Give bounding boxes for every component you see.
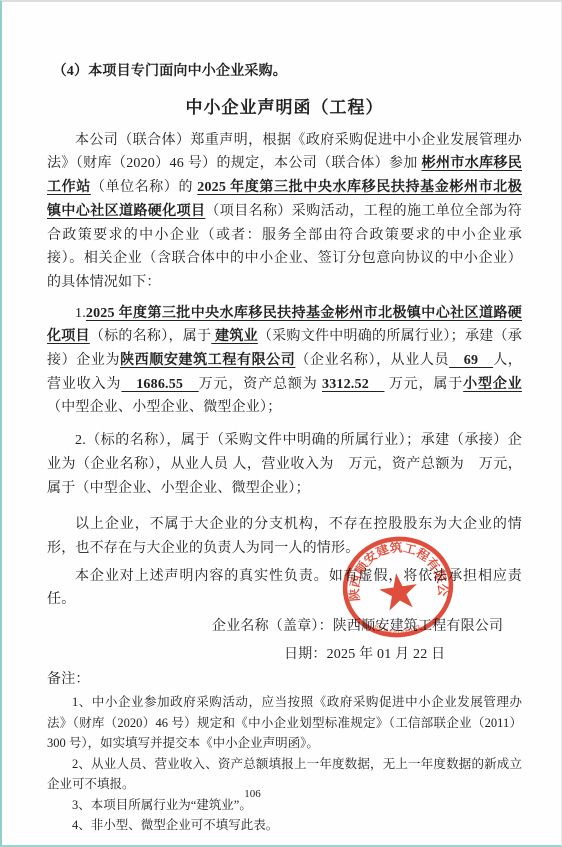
assets-filled: 3312.52 <box>322 377 384 392</box>
document-title: 中小企业声明函（工程） <box>47 95 522 121</box>
size-options-label: （中型企业、小型企业、微型企业）； <box>47 400 281 415</box>
item-2-paragraph: 2.（标的名称），属于（采购文件中明确的所属行业）；承建（承接）企业为（企业名称… <box>47 429 522 500</box>
prior-list-item: （4）本项目专门面向中小企业采购。 <box>47 60 522 84</box>
company-signature-line: 企业名称（盖章）：陕西顺安建筑工程有限公司 <box>47 615 522 639</box>
document-content: （4）本项目专门面向中小企业采购。 中小企业声明函（工程） 本公司（联合体）郑重… <box>47 60 522 836</box>
enterprise-size-filled: 小型企业 <box>463 377 522 392</box>
employees-filled: 69 <box>449 353 493 368</box>
declaration-paragraph: 本公司（联合体）郑重声明，根据《政府采购促进中小企业发展管理办法》（财库（202… <box>47 129 522 295</box>
document-page: （4）本项目专门面向中小企业采购。 中小企业声明函（工程） 本公司（联合体）郑重… <box>0 0 562 847</box>
item-1-number: 1. <box>75 306 86 321</box>
notes-label: 备注： <box>47 668 522 692</box>
page-number: 106 <box>0 788 532 800</box>
item-1-paragraph: 1.2025 年度第三批中央水库移民扶持基金彬州市北极镇中心社区道路硬化项目（标… <box>47 302 522 421</box>
assets-label: 万元，属于 <box>384 377 463 392</box>
note-1: 1、中小企业参加政府采购活动，应当按照《政府采购促进中小企业发展管理办法》（财库… <box>47 692 522 754</box>
unit-name-label: （单位名称）的 <box>91 180 197 195</box>
company-label: （企业名称），从业人员 <box>295 353 449 368</box>
no-large-enterprise-paragraph: 以上企业，不属于大企业的分支机构，不存在控股股东为大企业的情形，也不存在与大企业… <box>47 513 522 560</box>
revenue-label: 万元，资产总额为 <box>199 377 322 392</box>
company-name-filled: 陕西顺安建筑工程有限公司 <box>120 353 295 368</box>
note-4: 4、非小型、微型企业可不填写此表。 <box>47 815 522 836</box>
subject-label: （标的名称），属于 <box>90 329 211 344</box>
industry-filled: 建筑业 <box>211 329 258 344</box>
date-line: 日期：2025 年 01 月 22 日 <box>47 643 522 667</box>
responsibility-paragraph: 本企业对上述声明内容的真实性负责。如有虚假，将依法承担相应责任。 <box>47 565 522 612</box>
revenue-filled: 1686.55 <box>121 377 198 392</box>
